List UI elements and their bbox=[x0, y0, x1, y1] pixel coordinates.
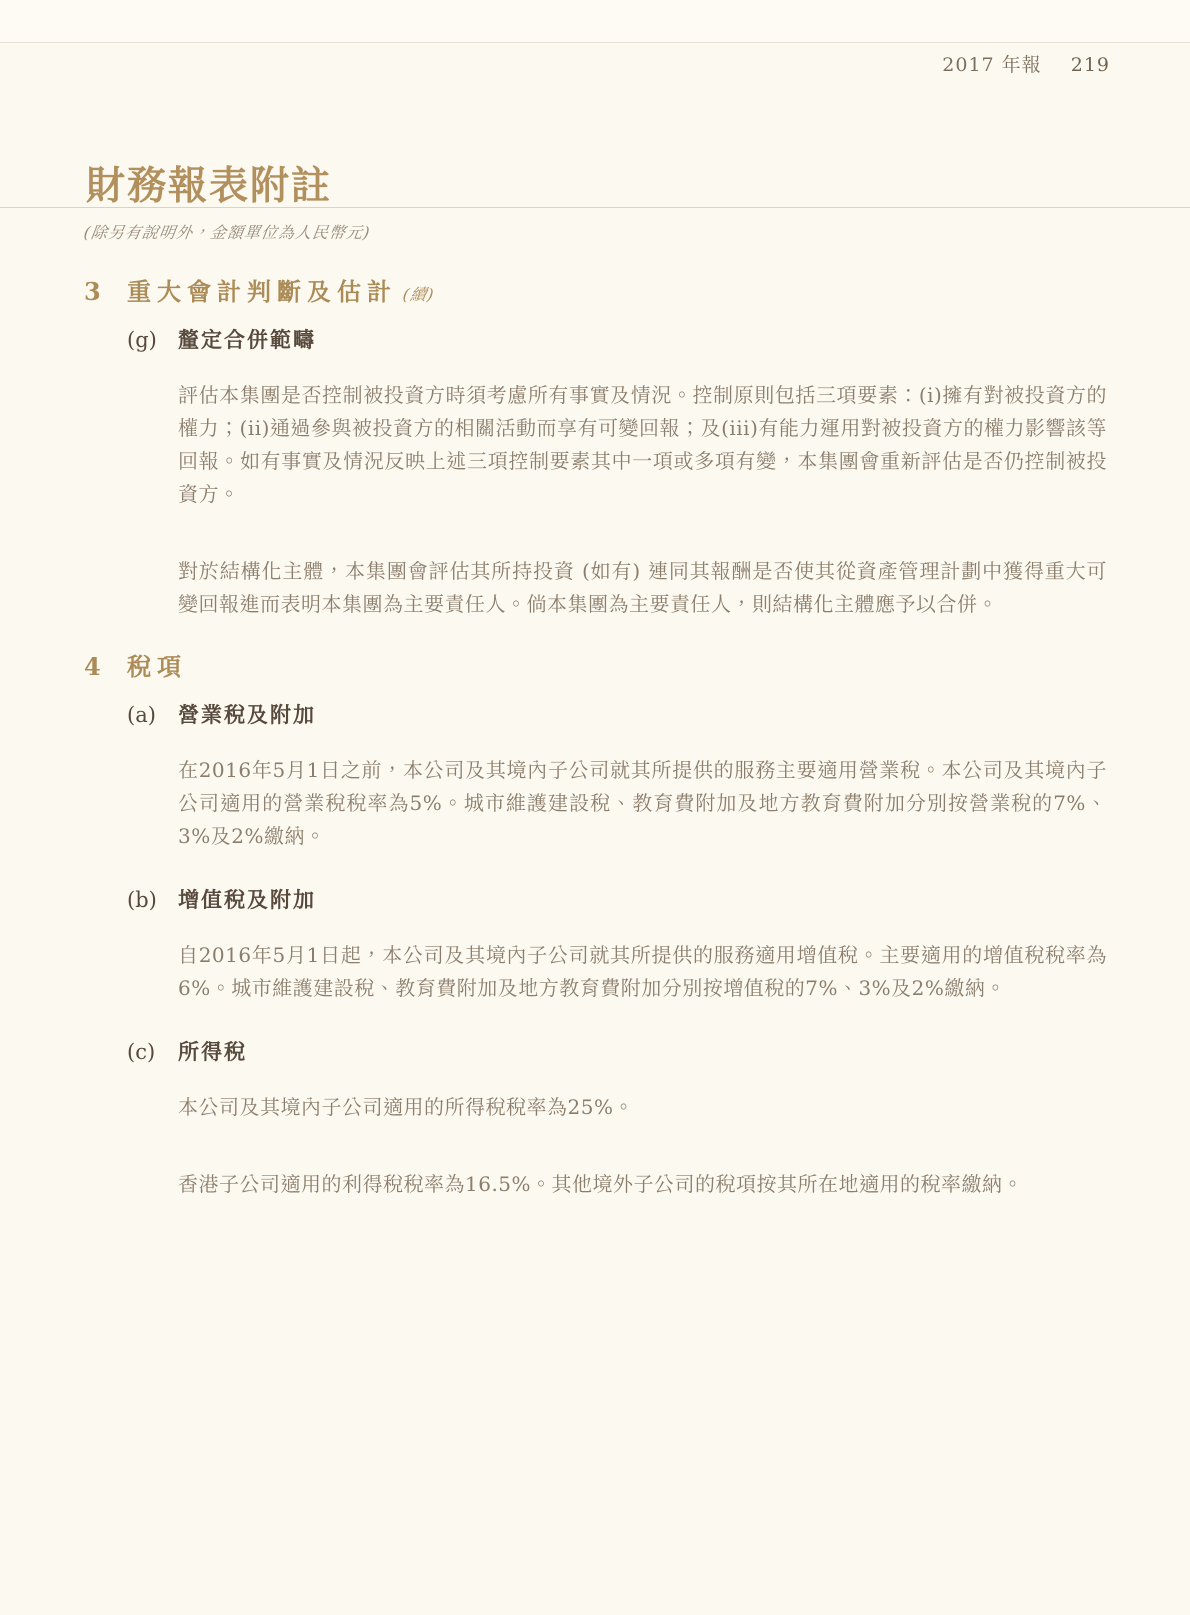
report-year-label: 2017 年報 bbox=[942, 54, 1041, 76]
subsection-letter: (a) bbox=[127, 703, 178, 727]
subsection-body: 自2016年5月1日起，本公司及其境內子公司就其所提供的服務適用增值稅。主要適用… bbox=[178, 939, 1107, 1005]
body-paragraph: 評估本集團是否控制被投資方時須考慮所有事實及情況。控制原則包括三項要素：(i)擁… bbox=[178, 379, 1107, 511]
body-paragraph: 自2016年5月1日起，本公司及其境內子公司就其所提供的服務適用增值稅。主要適用… bbox=[178, 939, 1107, 1005]
subsection-heading-row: (b) 增值稅及附加 bbox=[127, 884, 1107, 914]
section-heading: 稅項 bbox=[127, 647, 1107, 682]
section-3: 3 重大會計判斷及估計(續) (g) 釐定合併範疇 評估本集團是否控制被投資方時… bbox=[84, 272, 1107, 621]
page-header: 2017 年報 219 bbox=[942, 50, 1110, 77]
section-heading-row: 3 重大會計判斷及估計(續) bbox=[84, 272, 1107, 307]
subsection-c: (c) 所得稅 本公司及其境內子公司適用的所得稅稅率為25%。 香港子公司適用的… bbox=[127, 1036, 1107, 1201]
notes-content: 3 重大會計判斷及估計(續) (g) 釐定合併範疇 評估本集團是否控制被投資方時… bbox=[84, 272, 1107, 1227]
section-number: 3 bbox=[84, 277, 127, 306]
subsection-g: (g) 釐定合併範疇 評估本集團是否控制被投資方時須考慮所有事實及情況。控制原則… bbox=[127, 324, 1107, 621]
subsection-title: 釐定合併範疇 bbox=[178, 324, 1107, 354]
subsection-heading-row: (a) 營業稅及附加 bbox=[127, 699, 1107, 729]
report-page: 2017 年報 219 財務報表附註 (除另有說明外，金額單位為人民幣元) 3 … bbox=[0, 0, 1190, 1615]
subsection-body: 本公司及其境內子公司適用的所得稅稅率為25%。 香港子公司適用的利得稅稅率為16… bbox=[178, 1091, 1107, 1201]
page-title: 財務報表附註 bbox=[86, 167, 332, 206]
top-rule bbox=[0, 0, 1190, 43]
body-paragraph: 在2016年5月1日之前，本公司及其境內子公司就其所提供的服務主要適用營業稅。本… bbox=[178, 754, 1107, 853]
section-heading: 重大會計判斷及估計(續) bbox=[127, 272, 1107, 307]
subsection-body: 評估本集團是否控制被投資方時須考慮所有事實及情況。控制原則包括三項要素：(i)擁… bbox=[178, 379, 1107, 621]
section-4: 4 稅項 (a) 營業稅及附加 在2016年5月1日之前，本公司及其境內子公司就… bbox=[84, 647, 1107, 1201]
subsection-title: 所得稅 bbox=[178, 1036, 1107, 1066]
subsection-a: (a) 營業稅及附加 在2016年5月1日之前，本公司及其境內子公司就其所提供的… bbox=[127, 699, 1107, 853]
subsection-letter: (b) bbox=[127, 888, 178, 912]
section-heading-text: 重大會計判斷及估計 bbox=[127, 277, 397, 306]
subsection-body: 在2016年5月1日之前，本公司及其境內子公司就其所提供的服務主要適用營業稅。本… bbox=[178, 754, 1107, 853]
body-paragraph: 對於結構化主體，本集團會評估其所持投資 (如有) 連同其報酬是否使其從資產管理計… bbox=[178, 555, 1107, 621]
subsection-heading-row: (c) 所得稅 bbox=[127, 1036, 1107, 1066]
page-number: 219 bbox=[1071, 54, 1110, 76]
section-heading-suffix: (續) bbox=[401, 282, 436, 305]
currency-note: (除另有說明外，金額單位為人民幣元) bbox=[82, 220, 372, 243]
subsection-letter: (c) bbox=[127, 1040, 178, 1064]
title-divider bbox=[0, 207, 1190, 208]
section-heading-text: 稅項 bbox=[127, 652, 187, 681]
subsection-title: 增值稅及附加 bbox=[178, 884, 1107, 914]
body-paragraph: 本公司及其境內子公司適用的所得稅稅率為25%。 bbox=[178, 1091, 1107, 1124]
subsection-letter: (g) bbox=[127, 328, 178, 352]
subsection-title: 營業稅及附加 bbox=[178, 699, 1107, 729]
section-number: 4 bbox=[84, 652, 127, 681]
section-heading-row: 4 稅項 bbox=[84, 647, 1107, 682]
body-paragraph: 香港子公司適用的利得稅稅率為16.5%。其他境外子公司的稅項按其所在地適用的稅率… bbox=[178, 1168, 1107, 1201]
subsection-heading-row: (g) 釐定合併範疇 bbox=[127, 324, 1107, 354]
subsection-b: (b) 增值稅及附加 自2016年5月1日起，本公司及其境內子公司就其所提供的服… bbox=[127, 884, 1107, 1005]
